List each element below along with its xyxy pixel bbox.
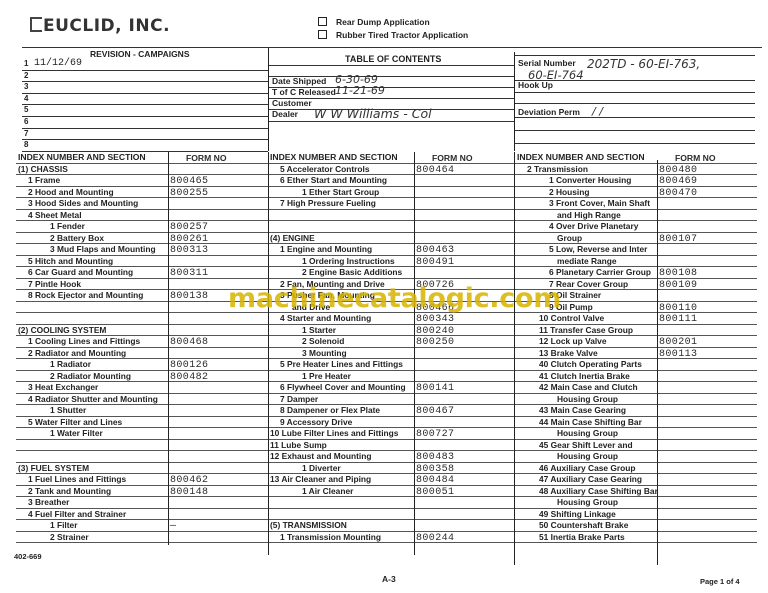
rear-dump-option[interactable]: Rear Dump Application [318, 16, 468, 29]
table-row[interactable]: 13 Brake Valve 800113 [515, 348, 757, 360]
form-number: 800463 [416, 245, 454, 256]
section-item: mediate Range [517, 256, 617, 267]
table-row[interactable]: 2 Battery Box 800261 [16, 233, 268, 245]
section-item: 8 Rock Ejector and Mounting [18, 290, 143, 301]
section-item: 51 Inertia Brake Parts [517, 532, 625, 543]
dealer-label: Dealer [272, 109, 298, 119]
table-row[interactable]: 47 Auxiliary Case Gearing [515, 474, 757, 486]
section-item: 2 Transmission [517, 164, 588, 175]
table-row[interactable]: 3 Front Cover, Main Shaft [515, 198, 757, 210]
table-row[interactable]: 4 Over Drive Planetary [515, 221, 757, 233]
section-item: (3) FUEL SYSTEM [18, 463, 89, 474]
section-item: 10 Control Valve [517, 313, 604, 324]
form-number: 800110 [659, 303, 697, 314]
table-row[interactable]: 1 Filter — [16, 520, 268, 532]
company-name: EUCLID, INC. [43, 16, 170, 36]
divider [515, 92, 755, 93]
form-number: 800109 [659, 280, 697, 291]
section-item: 48 Auxiliary Case Shifting Bar [517, 486, 658, 497]
section-header: INDEX NUMBER AND SECTION [517, 152, 645, 163]
table-row[interactable] [268, 509, 514, 521]
dealer-value[interactable]: W W Williams - Col [314, 106, 432, 121]
section-item: 1 Shutter [18, 405, 86, 416]
section-item: 40 Clutch Operating Parts [517, 359, 642, 370]
table-row[interactable]: Housing Group [515, 428, 757, 440]
section-item: 2 Radiator Mounting [18, 371, 131, 382]
table-row[interactable]: Housing Group [515, 394, 757, 406]
section-item: 13 Air Cleaner and Piping [270, 474, 371, 485]
section-item: 1 Transmission Mounting [270, 532, 381, 543]
section-item: 2 Housing [517, 187, 589, 198]
section-item: Housing Group [517, 497, 618, 508]
table-row[interactable]: 51 Inertia Brake Parts [515, 532, 757, 544]
section-item: 1 Diverter [270, 463, 341, 474]
section-item: 6 Flywheel Cover and Mounting [270, 382, 406, 393]
table-row[interactable]: 9 Accessory Drive [268, 417, 514, 429]
section-item: Housing Group [517, 428, 618, 439]
form-number: 800343 [416, 314, 454, 325]
section-item: 44 Main Case Shifting Bar [517, 417, 642, 428]
form-number: 800126 [170, 360, 208, 371]
table-row[interactable]: 1 Frame 800465 [16, 175, 268, 187]
section-item: 8 Dampener or Flex Plate [270, 405, 380, 416]
section-item: 7 Damper [270, 394, 318, 405]
table-row[interactable]: 1 Engine and Mounting 800463 [268, 244, 514, 256]
application-checkboxes: Rear Dump Application Rubber Tired Tract… [318, 16, 468, 42]
form-number: 800141 [416, 383, 454, 394]
section-item: 3 Front Cover, Main Shaft [517, 198, 650, 209]
section-item: (2) COOLING SYSTEM [18, 325, 106, 336]
table-row[interactable]: 5 Accelerator Controls 800464 [268, 164, 514, 176]
table-row[interactable]: mediate Range [515, 256, 757, 268]
revision-row-number: 4 [24, 94, 28, 103]
table-row[interactable]: 13 Air Cleaner and Piping 800484 [268, 474, 514, 486]
watermark: machinecatalogic.com [228, 283, 561, 314]
table-row[interactable]: 48 Auxiliary Case Shifting Bar [515, 486, 757, 498]
index-column-3: INDEX NUMBER AND SECTION FORM NO2 Transm… [515, 152, 757, 543]
customer-label: Customer [272, 98, 312, 108]
section-item: 10 Lube Filter Lines and Fittings [270, 428, 398, 439]
section-item: 2 Tank and Mounting [18, 486, 111, 497]
table-row[interactable]: 6 Ether Start and Mounting [268, 175, 514, 187]
table-row[interactable]: 11 Transfer Case Group [515, 325, 757, 337]
toc-released-value[interactable]: 11-21-69 [335, 84, 385, 97]
section-item: 4 Starter and Mounting [270, 313, 371, 324]
table-row[interactable]: 2 Radiator and Mounting [16, 348, 268, 360]
section-item: 1 Starter [270, 325, 336, 336]
table-row[interactable] [16, 451, 268, 463]
form-number: 800257 [170, 222, 208, 233]
revision-row-number: 5 [24, 105, 28, 114]
table-row[interactable]: 1 Starter 800240 [268, 325, 514, 337]
form-number: 800244 [416, 533, 454, 544]
page-code: A-3 [382, 574, 396, 584]
table-row[interactable]: 45 Gear Shift Lever and [515, 440, 757, 452]
form-number: 800240 [416, 326, 454, 337]
section-item: 3 Hood Sides and Mounting [18, 198, 138, 209]
table-row[interactable]: 43 Main Case Gearing [515, 405, 757, 417]
index-column-1: INDEX NUMBER AND SECTION FORM NO(1) CHAS… [16, 152, 268, 543]
table-row[interactable]: 5 Pre Heater Lines and Fittings [268, 359, 514, 371]
divider [414, 152, 415, 555]
form-number: 800465 [170, 176, 208, 187]
table-row[interactable]: and High Range [515, 210, 757, 222]
divider [657, 160, 658, 565]
table-row[interactable]: 12 Lock up Valve 800201 [515, 336, 757, 348]
revision-row-number: 3 [24, 82, 28, 91]
divider [22, 104, 268, 105]
revision-row-number: 6 [24, 117, 28, 126]
form-number: 800108 [659, 268, 697, 279]
form-number: 800468 [170, 337, 208, 348]
divider [514, 52, 515, 151]
company-logo: EUCLID, INC. [30, 16, 170, 36]
form-number: 800469 [659, 176, 697, 187]
table-row[interactable] [16, 440, 268, 452]
table-row[interactable]: 42 Main Case and Clutch [515, 382, 757, 394]
section-item: 6 Planetary Carrier Group [517, 267, 651, 278]
rubber-tired-label: Rubber Tired Tractor Application [336, 30, 468, 40]
table-row[interactable]: 2 Tank and Mounting 800148 [16, 486, 268, 498]
form-no-header: FORM NO [186, 153, 227, 164]
revision-row-number: 1 [24, 59, 28, 68]
form-number: 800464 [416, 165, 454, 176]
table-row[interactable]: 6 Flywheel Cover and Mounting 800141 [268, 382, 514, 394]
section-item: 5 Pre Heater Lines and Fittings [270, 359, 403, 370]
table-row[interactable]: 2 Engine Basic Additions [268, 267, 514, 279]
table-row[interactable]: 2 Hood and Mounting 800255 [16, 187, 268, 199]
divider [515, 143, 755, 144]
form-number: 800148 [170, 487, 208, 498]
section-item: Housing Group [517, 394, 618, 405]
table-row[interactable]: 1 Diverter 800358 [268, 463, 514, 475]
table-row[interactable]: 4 Starter and Mounting 800343 [268, 313, 514, 325]
form-number: 800462 [170, 475, 208, 486]
table-row[interactable]: 10 Lube Filter Lines and Fittings 800727 [268, 428, 514, 440]
table-row[interactable]: 5 Water Filter and Lines [16, 417, 268, 429]
section-item: 41 Clutch Inertia Brake [517, 371, 630, 382]
section-item: 1 Converter Housing [517, 175, 631, 186]
section-item: 5 Water Filter and Lines [18, 417, 122, 428]
rear-dump-label: Rear Dump Application [336, 17, 430, 27]
divider [22, 93, 268, 94]
table-row[interactable]: Housing Group [515, 497, 757, 509]
checkbox-icon[interactable] [318, 17, 327, 26]
divider [22, 81, 268, 82]
section-header: INDEX NUMBER AND SECTION [18, 152, 146, 163]
form-number: 800255 [170, 188, 208, 199]
section-item: 1 Water Filter [18, 428, 103, 439]
table-row[interactable]: 2 Radiator Mounting 800482 [16, 371, 268, 383]
table-row[interactable]: 11 Lube Sump [268, 440, 514, 452]
section-item: 47 Auxiliary Case Gearing [517, 474, 642, 485]
revision-row-number: 2 [24, 71, 28, 80]
section-item: 1 Ordering Instructions [270, 256, 395, 267]
form-no-header: FORM NO [675, 153, 716, 164]
table-row[interactable]: 4 Fuel Filter and Strainer [16, 509, 268, 521]
revision-row-number: 7 [24, 129, 28, 138]
section-item: 5 Accelerator Controls [270, 164, 370, 175]
table-row[interactable]: 6 Car Guard and Mounting 800311 [16, 267, 268, 279]
divider [269, 121, 514, 122]
checkbox-icon[interactable] [318, 30, 327, 39]
section-item: (4) ENGINE [270, 233, 315, 244]
section-item: 45 Gear Shift Lever and [517, 440, 633, 451]
table-row[interactable] [16, 313, 268, 325]
table-row[interactable]: 4 Sheet Metal [16, 210, 268, 222]
table-row[interactable]: 2 Transmission 800480 [515, 164, 757, 176]
divider [514, 152, 515, 565]
form-number: — [170, 521, 176, 532]
section-item: and High Range [517, 210, 621, 221]
section-item: 12 Exhaust and Mounting [270, 451, 371, 462]
form-number: 800467 [416, 406, 454, 417]
section-item: 46 Auxiliary Case Group [517, 463, 636, 474]
table-row[interactable]: 12 Exhaust and Mounting 800483 [268, 451, 514, 463]
form-no-header: FORM NO [432, 153, 473, 164]
table-row[interactable]: 49 Shifting Linkage [515, 509, 757, 521]
table-row[interactable]: 10 Control Valve 800111 [515, 313, 757, 325]
table-row[interactable]: 1 Pre Heater [268, 371, 514, 383]
table-row[interactable]: 5 Low, Reverse and Inter [515, 244, 757, 256]
section-item: 43 Main Case Gearing [517, 405, 626, 416]
form-number: 800311 [170, 268, 208, 279]
index-column-2: INDEX NUMBER AND SECTION FORM NO5 Accele… [268, 152, 514, 543]
table-row[interactable]: 7 High Pressure Fueling [268, 198, 514, 210]
table-row[interactable]: 1 Transmission Mounting 800244 [268, 532, 514, 544]
section-item: 42 Main Case and Clutch [517, 382, 638, 393]
section-item: 7 High Pressure Fueling [270, 198, 376, 209]
form-number: 800480 [659, 165, 697, 176]
section-item: 1 Frame [18, 175, 60, 186]
section-item: (1) CHASSIS [18, 164, 68, 175]
section-item: 5 Low, Reverse and Inter [517, 244, 647, 255]
form-code: 402-669 [14, 552, 42, 561]
table-row[interactable]: 4 Radiator Shutter and Mounting [16, 394, 268, 406]
serial-number-value[interactable]: 202TD - 60-EI-763, [587, 57, 700, 71]
section-item: 1 Filter [18, 520, 77, 531]
section-item: 2 Battery Box [18, 233, 104, 244]
table-row[interactable]: Group 800107 [515, 233, 757, 245]
section-item: 2 Radiator and Mounting [18, 348, 126, 359]
section-item: (5) TRANSMISSION [270, 520, 347, 531]
section-item: 13 Brake Valve [517, 348, 598, 359]
divider [22, 47, 762, 48]
table-row[interactable]: Housing Group [515, 451, 757, 463]
form-number: 800727 [416, 429, 454, 440]
section-item: 49 Shifting Linkage [517, 509, 616, 520]
section-item: 1 Air Cleaner [270, 486, 353, 497]
table-row[interactable]: (3) FUEL SYSTEM [16, 463, 268, 475]
table-row[interactable]: 44 Main Case Shifting Bar [515, 417, 757, 429]
section-item: Housing Group [517, 451, 618, 462]
form-number: 800107 [659, 234, 697, 245]
section-item: 2 Solenoid [270, 336, 344, 347]
hookup-label: Hook Up [518, 80, 553, 90]
divider [268, 48, 269, 151]
table-row[interactable]: (5) TRANSMISSION [268, 520, 514, 532]
revision-row-value[interactable]: 11/12/69 [34, 58, 82, 69]
divider [515, 55, 755, 56]
divider [515, 130, 755, 131]
serial-number-label: Serial Number [518, 58, 576, 68]
table-row[interactable]: 3 Mud Flaps and Mounting 800313 [16, 244, 268, 256]
table-row[interactable]: 1 Air Cleaner 800051 [268, 486, 514, 498]
section-item: 1 Fender [18, 221, 85, 232]
form-number: 800491 [416, 257, 454, 268]
table-row[interactable]: (1) CHASSIS [16, 164, 268, 176]
section-item: 6 Ether Start and Mounting [270, 175, 387, 186]
divider [515, 103, 755, 104]
section-header: INDEX NUMBER AND SECTION [270, 152, 398, 163]
divider [22, 128, 268, 129]
section-item: 11 Transfer Case Group [517, 325, 633, 336]
section-item: 3 Mounting [270, 348, 347, 359]
divider [269, 65, 514, 66]
rubber-tired-option[interactable]: Rubber Tired Tractor Application [318, 29, 468, 42]
section-item: 2 Hood and Mounting [18, 187, 114, 198]
table-row[interactable]: 1 Shutter [16, 405, 268, 417]
table-header-row: INDEX NUMBER AND SECTION FORM NO [515, 152, 757, 164]
section-item: 3 Heat Exchanger [18, 382, 98, 393]
table-header-row: INDEX NUMBER AND SECTION FORM NO [268, 152, 514, 164]
table-row[interactable]: 1 Radiator 800126 [16, 359, 268, 371]
table-row[interactable]: 1 Cooling Lines and Fittings 800468 [16, 336, 268, 348]
table-row[interactable]: (4) ENGINE [268, 233, 514, 245]
table-row[interactable]: 3 Breather [16, 497, 268, 509]
table-header-row: INDEX NUMBER AND SECTION FORM NO [16, 152, 268, 164]
section-item: 50 Countershaft Brake [517, 520, 628, 531]
section-item: 12 Lock up Valve [517, 336, 607, 347]
table-row[interactable]: 2 Strainer [16, 532, 268, 544]
section-item: 1 Cooling Lines and Fittings [18, 336, 140, 347]
table-row[interactable]: 50 Countershaft Brake [515, 520, 757, 532]
table-row[interactable]: 1 Fender 800257 [16, 221, 268, 233]
table-row[interactable]: 5 Hitch and Mounting [16, 256, 268, 268]
form-number: 800484 [416, 475, 454, 486]
section-item: 3 Breather [18, 497, 69, 508]
divider [515, 117, 755, 118]
divider [22, 116, 268, 117]
divider [168, 152, 169, 545]
section-item: 4 Sheet Metal [18, 210, 82, 221]
section-item: 4 Over Drive Planetary [517, 221, 638, 232]
form-number: 800483 [416, 452, 454, 463]
section-item: 9 Accessory Drive [270, 417, 352, 428]
toc-released-label: T of C Released [272, 87, 336, 97]
revision-title: REVISION - CAMPAIGNS [90, 49, 190, 59]
section-item: 1 Radiator [18, 359, 91, 370]
page-of: Page 1 of 4 [700, 577, 740, 586]
form-number: 800051 [416, 487, 454, 498]
table-row[interactable]: 1 Ether Start Group [268, 187, 514, 199]
table-row[interactable]: 6 Planetary Carrier Group 800108 [515, 267, 757, 279]
deviation-perm-label: Deviation Perm [518, 107, 580, 117]
table-row[interactable]: 41 Clutch Inertia Brake [515, 371, 757, 383]
table-row[interactable]: 1 Ordering Instructions 800491 [268, 256, 514, 268]
table-row[interactable]: 3 Mounting [268, 348, 514, 360]
table-row[interactable]: (2) COOLING SYSTEM [16, 325, 268, 337]
table-row[interactable]: 46 Auxiliary Case Group [515, 463, 757, 475]
logo-mark-icon [30, 17, 42, 32]
section-item: 2 Engine Basic Additions [270, 267, 402, 278]
section-item: 1 Pre Heater [270, 371, 351, 382]
table-row[interactable]: 8 Dampener or Flex Plate 800467 [268, 405, 514, 417]
form-number: 800201 [659, 337, 697, 348]
table-row[interactable] [268, 210, 514, 222]
form-number: 800261 [170, 234, 208, 245]
table-row[interactable]: 1 Water Filter [16, 428, 268, 440]
section-item: 1 Engine and Mounting [270, 244, 372, 255]
section-item: 7 Pintle Hook [18, 279, 81, 290]
section-item: Group [517, 233, 582, 244]
section-item: 5 Hitch and Mounting [18, 256, 113, 267]
table-row[interactable] [268, 497, 514, 509]
form-number: 800358 [416, 464, 454, 475]
table-row[interactable]: 3 Hood Sides and Mounting [16, 198, 268, 210]
form-number: 800250 [416, 337, 454, 348]
table-row[interactable] [268, 221, 514, 233]
table-row[interactable]: 7 Damper [268, 394, 514, 406]
table-row[interactable]: 2 Solenoid 800250 [268, 336, 514, 348]
table-row[interactable]: 1 Fuel Lines and Fittings 800462 [16, 474, 268, 486]
form-number: 800470 [659, 188, 697, 199]
table-row[interactable]: 2 Housing 800470 [515, 187, 757, 199]
section-item: 4 Fuel Filter and Strainer [18, 509, 126, 520]
revision-row-number: 8 [24, 140, 28, 149]
form-number: 800313 [170, 245, 208, 256]
section-item: 2 Strainer [18, 532, 89, 543]
divider [22, 139, 268, 140]
section-item: 11 Lube Sump [270, 440, 327, 451]
form-number: 800482 [170, 372, 208, 383]
form-number: 800111 [659, 314, 697, 325]
section-item: 4 Radiator Shutter and Mounting [18, 394, 158, 405]
table-row[interactable]: 40 Clutch Operating Parts [515, 359, 757, 371]
toc-title: TABLE OF CONTENTS [345, 54, 441, 64]
section-item: 1 Ether Start Group [270, 187, 379, 198]
divider [22, 70, 268, 71]
divider [268, 152, 269, 555]
section-item: 1 Fuel Lines and Fittings [18, 474, 126, 485]
table-row[interactable]: 3 Heat Exchanger [16, 382, 268, 394]
section-item: 3 Mud Flaps and Mounting [18, 244, 156, 255]
table-row[interactable]: 1 Converter Housing 800469 [515, 175, 757, 187]
date-shipped-label: Date Shipped [272, 76, 326, 86]
form-number: 800138 [170, 291, 208, 302]
form-number: 800113 [659, 349, 697, 360]
section-item: 6 Car Guard and Mounting [18, 267, 133, 278]
